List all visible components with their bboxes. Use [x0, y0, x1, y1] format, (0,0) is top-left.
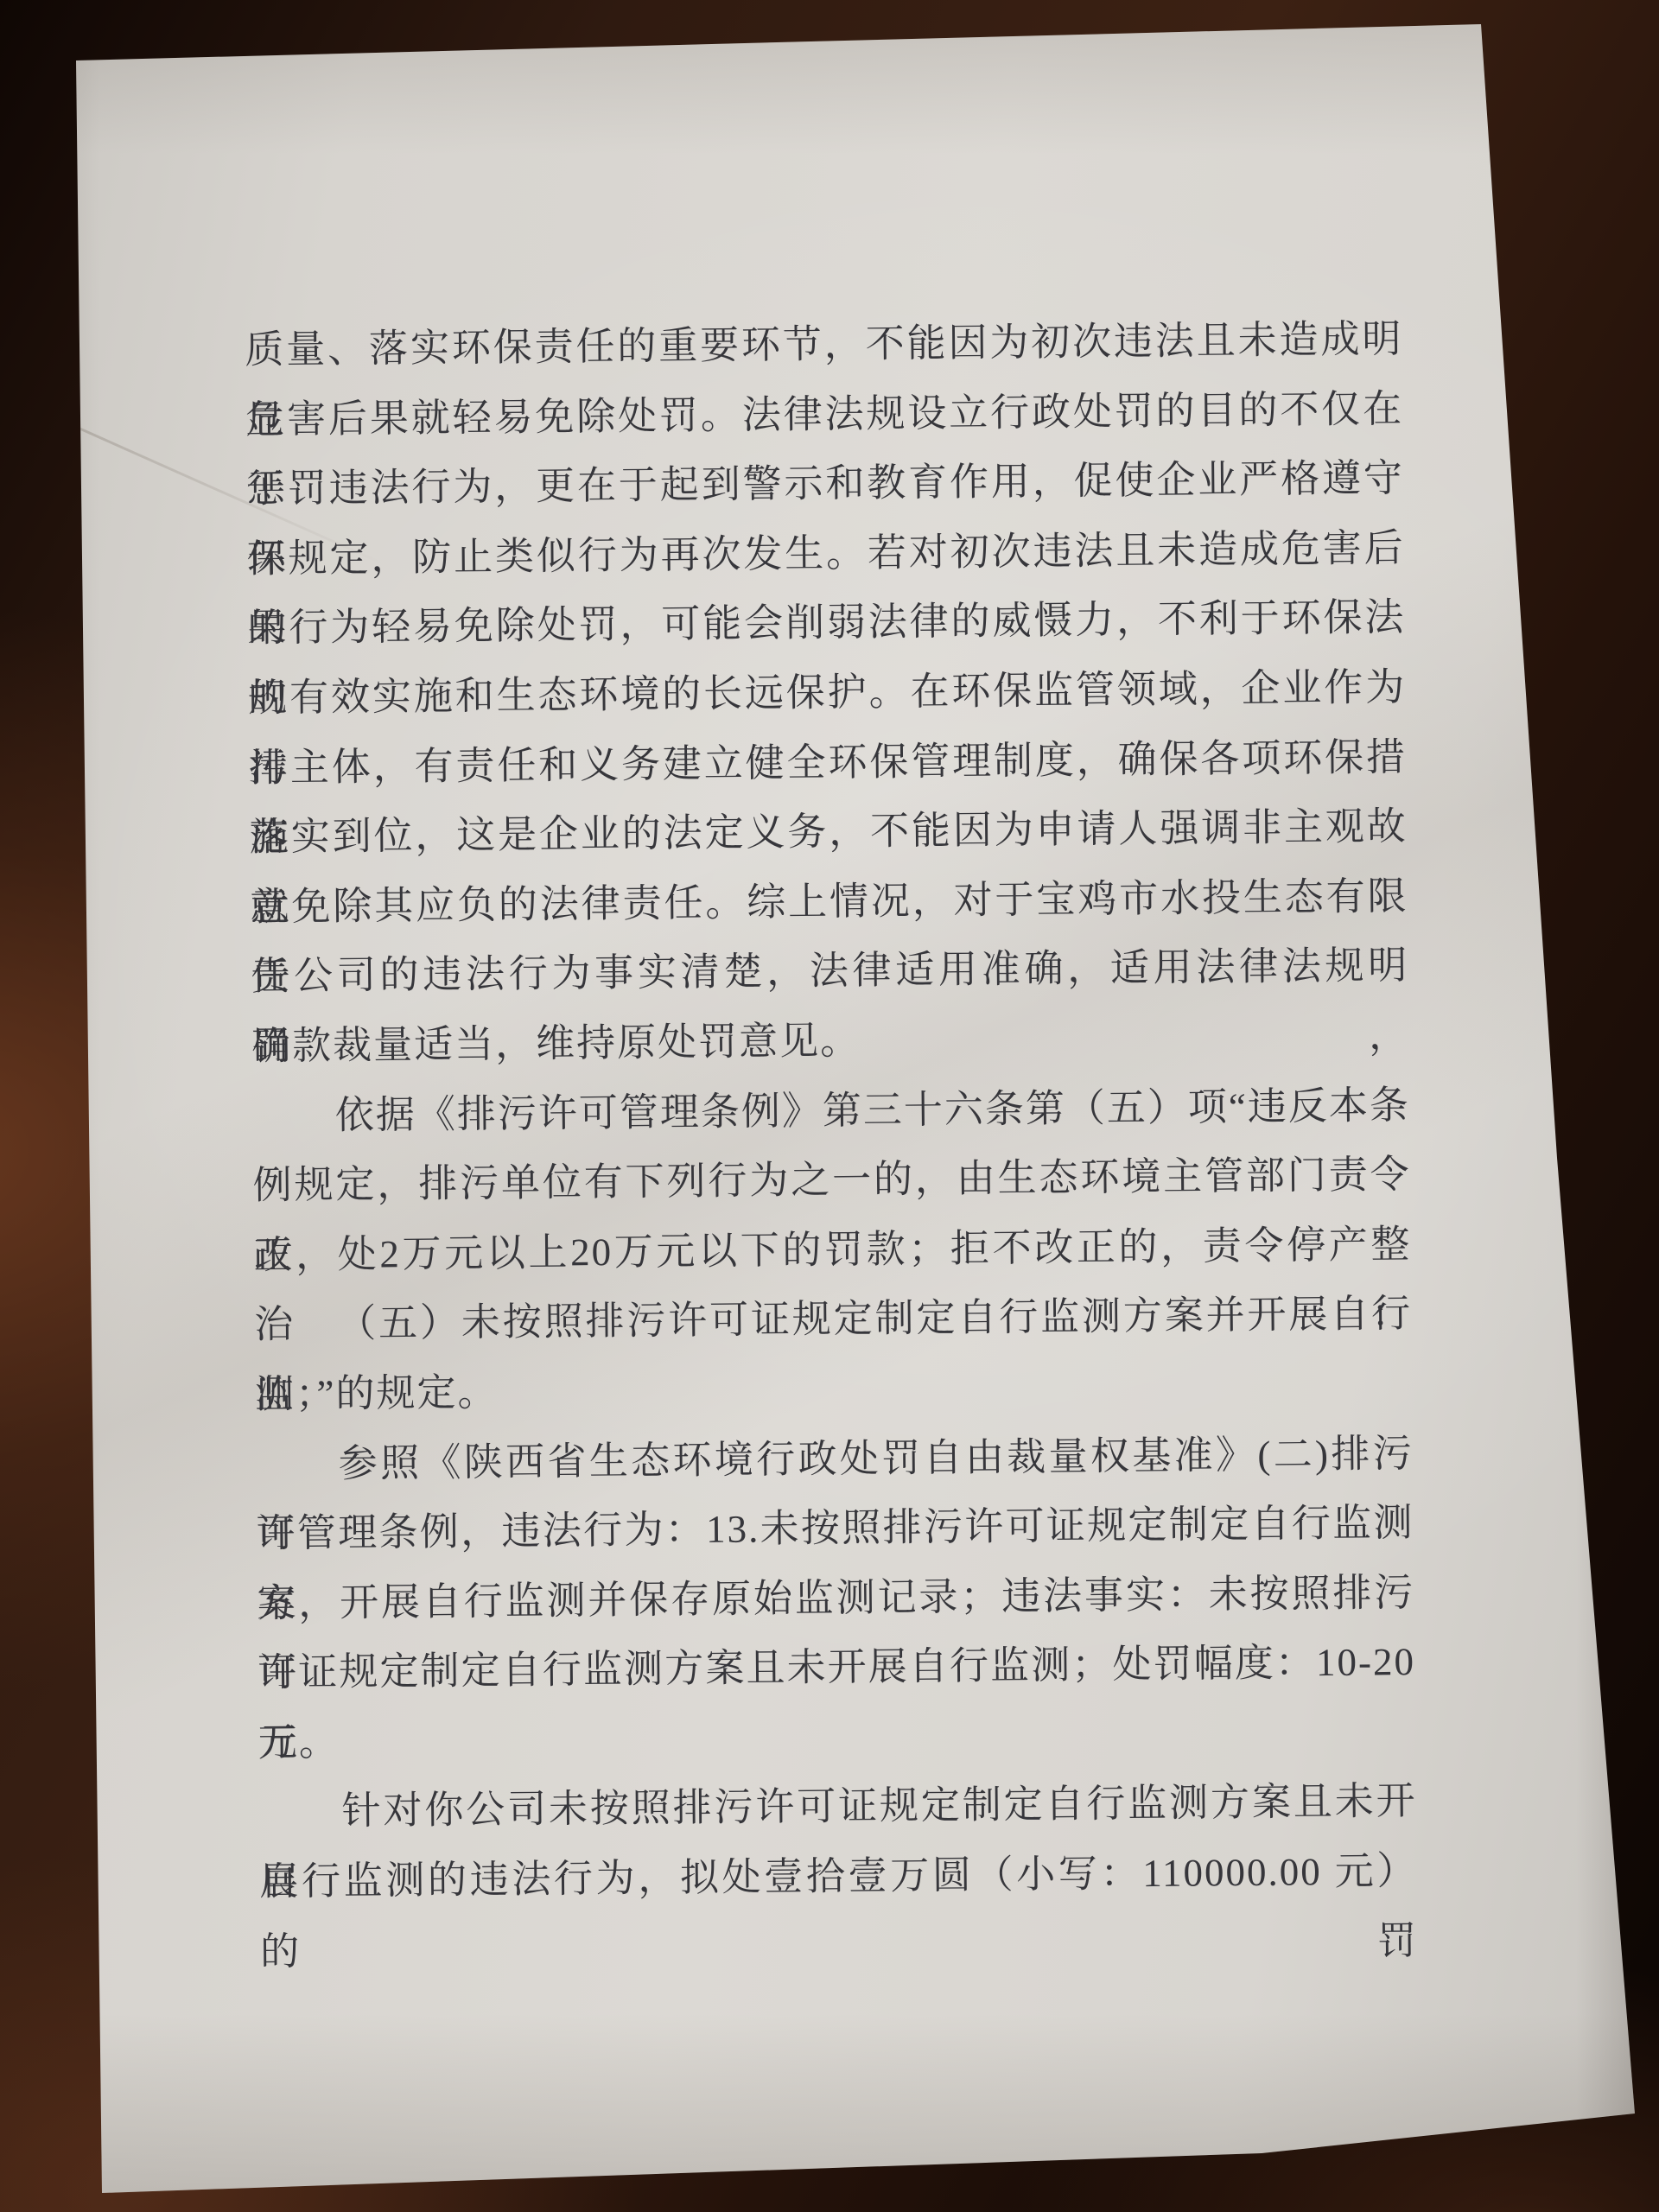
document-line: 案，开展自行监测并保存原始监测记录；违法事实：未按照排污许: [257, 1558, 1415, 1638]
document-line: 污主体，有责任和义务建立健全环保管理制度，确保各项环保措施: [249, 722, 1408, 803]
document-line: 元。: [257, 1697, 1416, 1777]
document-line: 测；”的规定。: [255, 1349, 1414, 1429]
document-line: 落实到位，这是企业的法定义务，不能因为申请人强调非主观故意: [249, 791, 1408, 872]
document-line: 的行为轻易免除处罚，可能会削弱法律的威慑力，不利于环保法规: [247, 582, 1406, 663]
document-line: 例规定，排污单位有下列行为之一的，由生态环境主管部门责令改: [252, 1140, 1411, 1220]
document-text: 质量、落实环保责任的重要环节，不能因为初次违法且未造成明显危害后果就轻易免除处罚…: [245, 304, 1418, 1916]
document-line: 质量、落实环保责任的重要环节，不能因为初次违法且未造成明显: [245, 304, 1403, 385]
document-line: 自行监测的违法行为，拟处壹拾壹万圆（小写：110000.00 元）的罚: [259, 1836, 1418, 1916]
document-line: 保规定，防止类似行为再次发生。若对初次违法且未造成危害后果: [246, 513, 1405, 594]
document-line: 可管理条例，违法行为：13.未按照排污许可证规定制定自行监测方: [256, 1488, 1414, 1568]
document-line: 可证规定制定自行监测方案且未开展自行监测；处罚幅度：10-20万: [257, 1627, 1416, 1707]
document-line: 针对你公司未按照排污许可证规定制定自行监测方案且未开展: [258, 1767, 1417, 1847]
document-line: 惩罚违法行为，更在于起到警示和教育作用，促使企业严格遵守环: [246, 443, 1405, 524]
photo-scene: 质量、落实环保责任的重要环节，不能因为初次违法且未造成明显危害后果就轻易免除处罚…: [0, 0, 1659, 2212]
document-line: 就免除其应负的法律责任。综上情况，对于宝鸡市水投生态有限责: [250, 861, 1408, 942]
document-line: 正，处2万元以上20万元以下的罚款；拒不改正的，责令停产整治：: [253, 1210, 1412, 1290]
document-line: （五）未按照排污许可证规定制定自行监测方案并开展自行监: [254, 1279, 1413, 1359]
document-line: 危害后果就轻易免除处罚。法律法规设立行政处罚的目的不仅在于: [245, 374, 1404, 454]
document-line: 的有效实施和生态环境的长远保护。在环保监管领域，企业作为排: [248, 652, 1407, 733]
document-line: 参照《陕西省生态环境行政处罚自由裁量权基准》(二)排污许: [255, 1419, 1414, 1499]
document-line: 依据《排污许可管理条例》第三十六条第（五）项“违反本条: [252, 1071, 1411, 1151]
document-line: 任公司的违法行为事实清楚，法律适用准确，适用法律法规明确，: [251, 931, 1409, 1011]
